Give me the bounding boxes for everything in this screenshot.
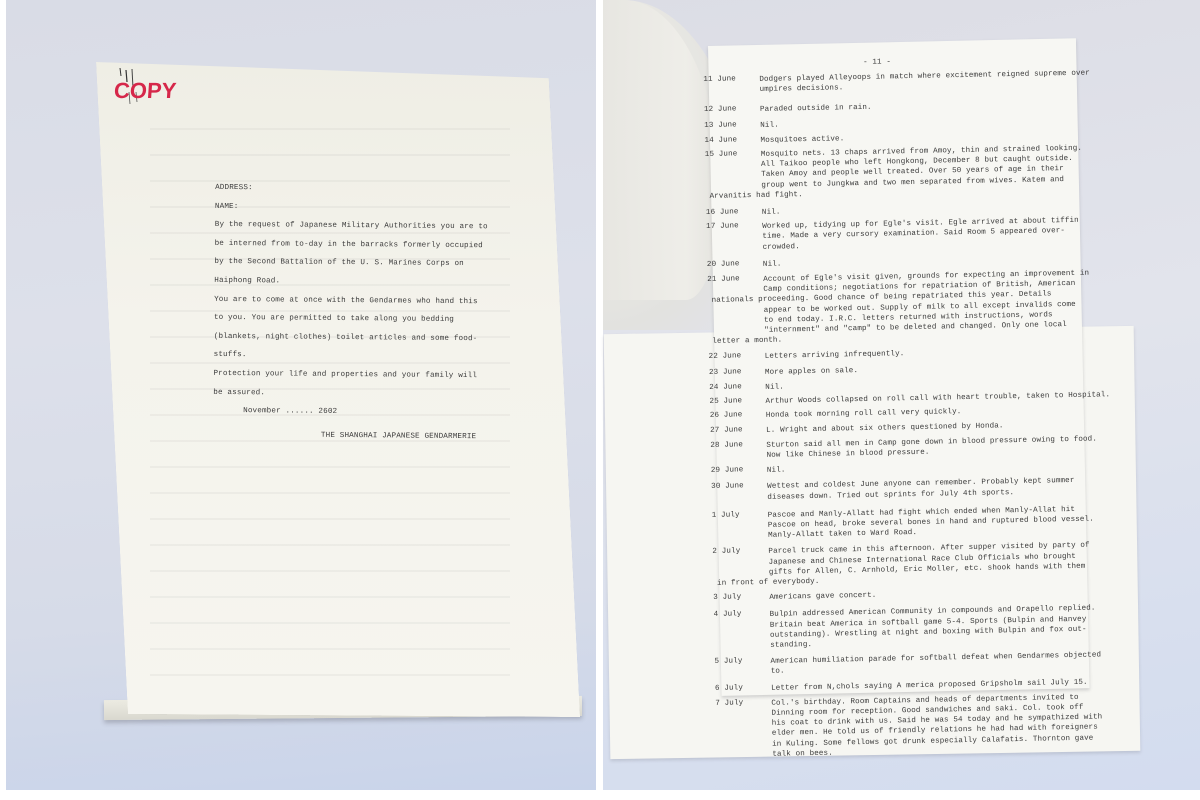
entry-date: 11 June [703,75,759,96]
entry-date: 4 July [714,610,771,652]
entry-line: Americans gave concert. [769,586,1113,603]
letter-line: by the Second Battalion of the U. S. Mar… [214,253,474,274]
diary-entry: 11 JuneDodgers played Alleyoops in match… [703,68,1103,96]
entry-date: 13 June [704,121,760,132]
diary-entry: 13 JuneNil. [704,114,1104,132]
entry-date: 7 July [715,699,772,761]
entry-text: Nil. [763,253,1107,270]
entry-date: 30 June [711,482,767,503]
entry-date: 12 June [704,105,760,116]
diary-entry: 22 JuneLetters arriving infrequently. [709,346,1109,364]
entry-line: Honda took morning roll call very quickl… [766,405,1110,422]
entry-date: 26 June [710,411,766,422]
entry-date: 20 June [707,260,763,271]
letter-line: Protection your life and properties and … [213,365,473,386]
diary-entry: 26 JuneHonda took morning roll call very… [710,405,1110,423]
diary-entry: 23 JuneMore apples on sale. [709,361,1109,379]
diary-entry: 15 JuneMosquito nets. 13 chaps arrived f… [705,143,1106,202]
entry-text: Honda took morning roll call very quickl… [766,405,1110,422]
entry-text: Paraded outside in rain. [760,99,1104,116]
diary-entries: 11 JuneDodgers played Alleyoops in match… [703,68,1116,761]
bottom-border [0,790,1200,800]
entry-text: Dodgers played Alleyoops in match where … [759,68,1103,95]
entry-line: More apples on sale. [765,361,1109,378]
entry-line: Nil. [767,459,1111,476]
entry-text: More apples on sale. [765,361,1109,378]
entry-line: Letter from N,chols saying A merica prop… [771,677,1115,694]
letter-line: Haiphong Road. [214,272,474,293]
entry-text: Worked up, tidying up for Egle's visit. … [762,216,1107,253]
diary-entry: 3 JulyAmericans gave concert. [713,586,1113,604]
diary-entry: 28 JuneSturton said all men in Camp gone… [710,434,1110,462]
diary-page: - 11 - 11 JuneDodgers played Alleyoops i… [703,54,1116,761]
document-photo: COPY ADDRESS: NAME: By the request of Ja… [0,0,1200,800]
entry-text: American humiliation parade for softball… [770,650,1114,677]
entry-text: Account of Egle's visit given, grounds f… [763,268,1108,346]
letter-line: to you. You are permitted to take along … [214,309,474,330]
letter-line: By the request of Japanese Military Auth… [215,216,475,237]
letter-line: stuffs. [214,346,474,367]
diary-entry: 12 JuneParaded outside in rain. [704,99,1104,117]
diary-entry: 29 JuneNil. [711,459,1111,477]
entry-text: Col.'s birthday. Room Captains and heads… [771,692,1116,760]
entry-line: Paraded outside in rain. [760,99,1104,116]
entry-date: 24 June [709,383,765,394]
letter-line: be interned from to-day in the barracks … [215,235,475,256]
diary-entry: 7 JulyCol.'s birthday. Room Captains and… [715,692,1116,761]
entry-text: Letters arriving infrequently. [765,346,1109,363]
signature: THE SHANGHAI JAPANESE GENDARMERIE [213,426,473,447]
diary-entry: 20 JuneNil. [707,253,1107,271]
entry-date: 16 June [706,208,762,219]
entry-date: 28 June [710,441,766,462]
letter-line: be assured. [213,383,473,404]
diary-entry: 30 JuneWettest and coldest June anyone c… [711,476,1111,504]
entry-text: Letter from N,chols saying A merica prop… [771,677,1115,694]
entry-text: Bulpin addressed American Community in c… [770,604,1115,651]
entry-text: Parcel truck came in this afternoon. Aft… [768,541,1113,588]
diary-entry: 21 JuneAccount of Egle's visit given, gr… [707,268,1108,347]
letter-line: (blankets, night clothes) toilet article… [214,328,474,349]
diary-entry: 4 JulyBulpin addressed American Communit… [714,604,1115,652]
date-line: November ...... 2602 [213,402,473,423]
entry-date: 22 June [709,352,765,363]
diary-entry: 2 JulyParcel truck came in this afternoo… [712,541,1113,589]
copy-stamp: COPY [113,78,177,104]
photo-divider [596,0,603,800]
internment-notice: ADDRESS: NAME: By the request of Japanes… [213,179,475,447]
entry-date: 23 June [709,368,765,379]
entry-date: 14 June [704,136,760,147]
entry-date: 3 July [713,593,769,604]
entry-date: 1 July [712,511,769,543]
entry-text: Nil. [760,114,1104,131]
entry-text: Americans gave concert. [769,586,1113,603]
entry-text: Mosquito nets. 13 chaps arrived from Amo… [761,143,1106,201]
diary-entry: 5 JulyAmerican humiliation parade for so… [714,650,1114,678]
entry-date: 27 June [710,426,766,437]
entry-text: Pascoe and Manly-Allatt had fight which … [768,504,1113,541]
entry-line: Letters arriving infrequently. [765,346,1109,363]
entry-date: 6 July [715,683,771,694]
diary-entry: 17 JuneWorked up, tidying up for Egle's … [706,216,1107,254]
entry-date: 29 June [711,466,767,477]
entry-text: Wettest and coldest June anyone can reme… [767,476,1111,503]
letter-line: You are to come at once with the Gendarm… [214,290,474,311]
name-label: NAME: [215,197,475,218]
entry-text: Sturton said all men in Camp gone down i… [766,434,1110,461]
address-label: ADDRESS: [215,179,475,200]
diary-entry: 6 JulyLetter from N,chols saying A meric… [715,677,1115,695]
entry-date: 17 June [706,222,763,254]
entry-line: Nil. [760,114,1104,131]
entry-date: 25 June [709,397,765,408]
entry-line: Nil. [763,253,1107,270]
entry-text: Nil. [767,459,1111,476]
entry-date: 5 July [714,657,770,678]
diary-entry: 1 JulyPascoe and Manly-Allatt had fight … [712,504,1113,542]
